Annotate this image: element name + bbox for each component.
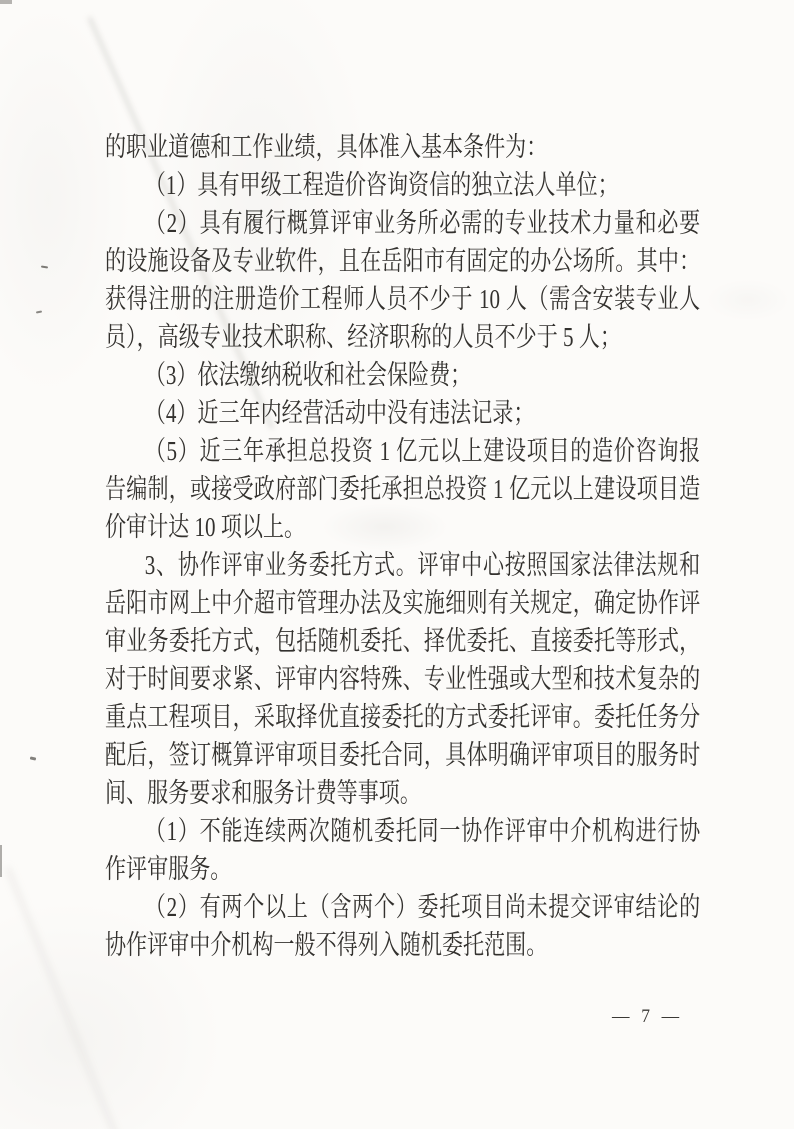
text-line: 配后，签订概算评审项目委托合同，具体明确评审项目的服务时 <box>105 736 700 774</box>
text-line: 获得注册的注册造价工程师人员不少于 10 人（需含安装专业人 <box>105 280 700 318</box>
scan-edge-artifact <box>0 0 12 4</box>
text-line: （4）近三年内经营活动中没有违法记录； <box>105 394 700 432</box>
text-line: 作评审服务。 <box>105 850 700 888</box>
text-line: （1）具有甲级工程造价咨询资信的独立法人单位； <box>105 166 700 204</box>
text-line: 审业务委托方式，包括随机委托、择优委托、直接委托等形式， <box>105 622 700 660</box>
ink-speck <box>41 266 48 269</box>
text-line: 间、服务要求和服务计费等事项。 <box>105 774 700 812</box>
text-line: 告编制，或接受政府部门委托承担总投资 1 亿元以上建设项目造 <box>105 470 700 508</box>
paper-crease-mark <box>6 867 117 1129</box>
scan-edge-artifact <box>0 845 2 877</box>
text-line: 协作评审中介机构一般不得列入随机委托范围。 <box>105 926 700 964</box>
text-line: （2）具有履行概算评审业务所必需的专业技术力量和必要 <box>105 204 700 242</box>
text-line: 价审计达 10 项以上。 <box>105 508 700 546</box>
scanned-page: 的职业道德和工作业绩，具体准入基本条件为： （1）具有甲级工程造价咨询资信的独立… <box>0 0 794 1129</box>
text-line: 员），高级专业技术职称、经济职称的人员不少于 5 人； <box>105 318 700 356</box>
page-number: — 7 — <box>612 1004 679 1030</box>
text-line: 3、协作评审业务委托方式。评审中心按照国家法律法规和 <box>105 546 700 584</box>
text-line: （5）近三年承担总投资 1 亿元以上建设项目的造价咨询报 <box>105 432 700 470</box>
text-line: 对于时间要求紧、评审内容特殊、专业性强或大型和技术复杂的 <box>105 660 700 698</box>
text-line: 重点工程项目，采取择优直接委托的方式委托评审。委托任务分 <box>105 698 700 736</box>
text-line: 的职业道德和工作业绩，具体准入基本条件为： <box>105 128 700 166</box>
document-body: 的职业道德和工作业绩，具体准入基本条件为： （1）具有甲级工程造价咨询资信的独立… <box>105 128 700 964</box>
text-line: （1）不能连续两次随机委托同一协作评审中介机构进行协 <box>105 812 700 850</box>
text-line: （2）有两个以上（含两个）委托项目尚未提交评审结论的 <box>105 888 700 926</box>
text-line: （3）依法缴纳税收和社会保险费； <box>105 356 700 394</box>
ink-speck <box>36 310 42 313</box>
ink-speck <box>30 756 36 760</box>
text-line: 的设施设备及专业软件，且在岳阳市有固定的办公场所。其中： <box>105 242 700 280</box>
text-line: 岳阳市网上中介超市管理办法及实施细则有关规定，确定协作评 <box>105 584 700 622</box>
